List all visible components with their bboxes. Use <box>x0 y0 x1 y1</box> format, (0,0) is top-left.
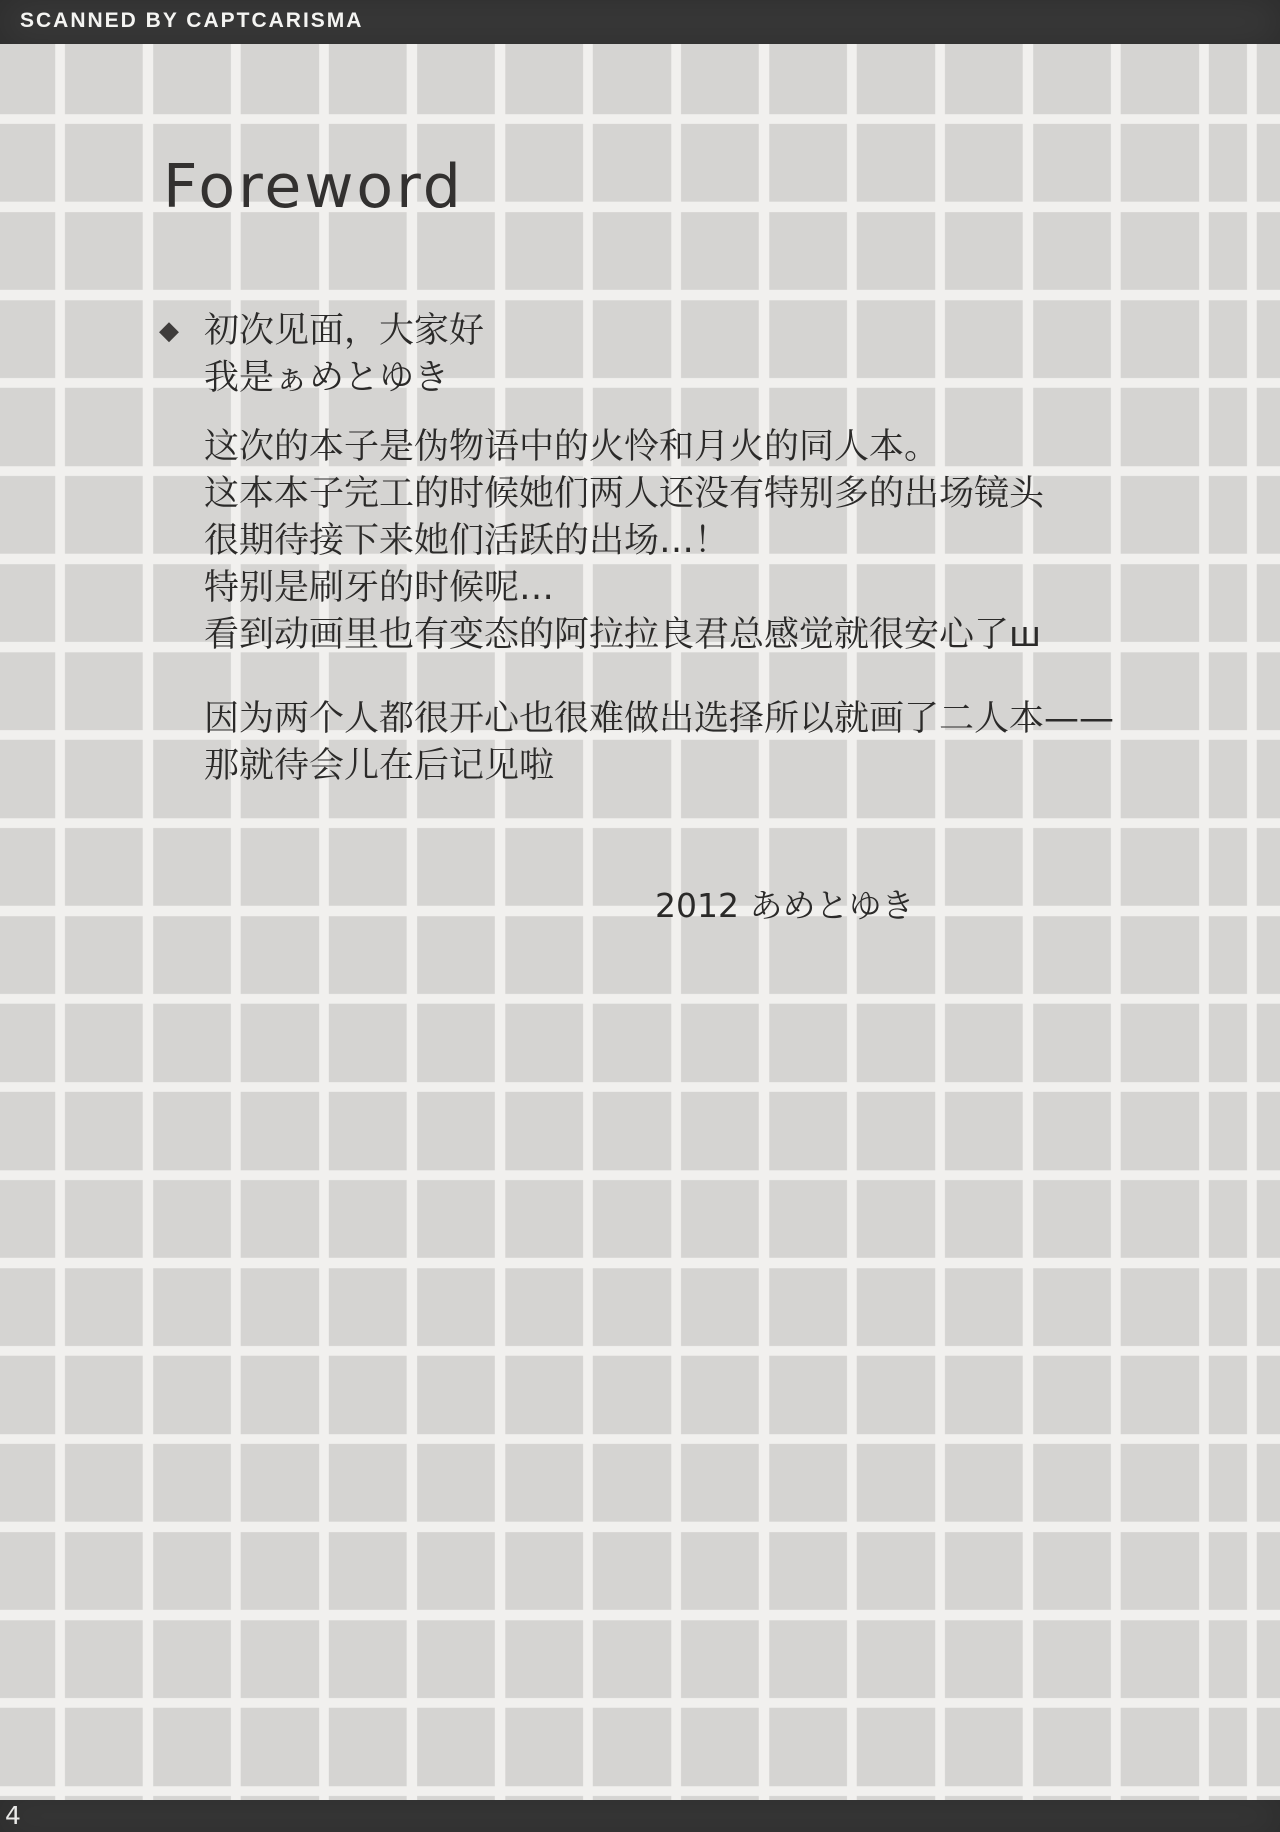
body-line: 看到动画里也有变态的阿拉拉良君总感觉就很安心了ш <box>204 612 1044 659</box>
footer-bar: 4 <box>0 1800 1280 1832</box>
body-line: 特别是刷牙的时候呢… <box>204 565 1044 612</box>
intro-line: 我是ぁめとゆき <box>204 355 484 402</box>
diamond-bullet-icon: ◆ <box>159 318 179 344</box>
author-signature: 2012 あめとゆき <box>655 880 914 927</box>
intro-line: 初次见面，大家好 <box>204 308 484 355</box>
page-title: Foreword <box>163 152 464 222</box>
body-line: 这本本子完工的时候她们两人还没有特别多的出场镜头 <box>204 471 1044 518</box>
closing-paragraph: 因为两个人都很开心也很难做出选择所以就画了二人本—— 那就待会儿在后记见啦 <box>204 696 1114 790</box>
body-line: 这次的本子是伪物语中的火怜和月火的同人本。 <box>204 424 1044 471</box>
body-paragraph: 这次的本子是伪物语中的火怜和月火的同人本。 这本本子完工的时候她们两人还没有特别… <box>204 424 1044 659</box>
scanned-doujin-page: SCANNED BY CAPTCARISMA Foreword ◆ 初次见面，大… <box>0 0 1280 1832</box>
page-number: 4 <box>5 1800 21 1832</box>
closing-line: 因为两个人都很开心也很难做出选择所以就画了二人本—— <box>204 696 1114 743</box>
scan-credit-text: SCANNED BY CAPTCARISMA <box>20 9 363 33</box>
intro-paragraph: 初次见面，大家好 我是ぁめとゆき <box>204 308 484 402</box>
body-line: 很期待接下来她们活跃的出场…！ <box>204 518 1044 565</box>
closing-line: 那就待会儿在后记见啦 <box>204 743 1114 790</box>
scan-credit-bar: SCANNED BY CAPTCARISMA <box>0 0 1280 44</box>
